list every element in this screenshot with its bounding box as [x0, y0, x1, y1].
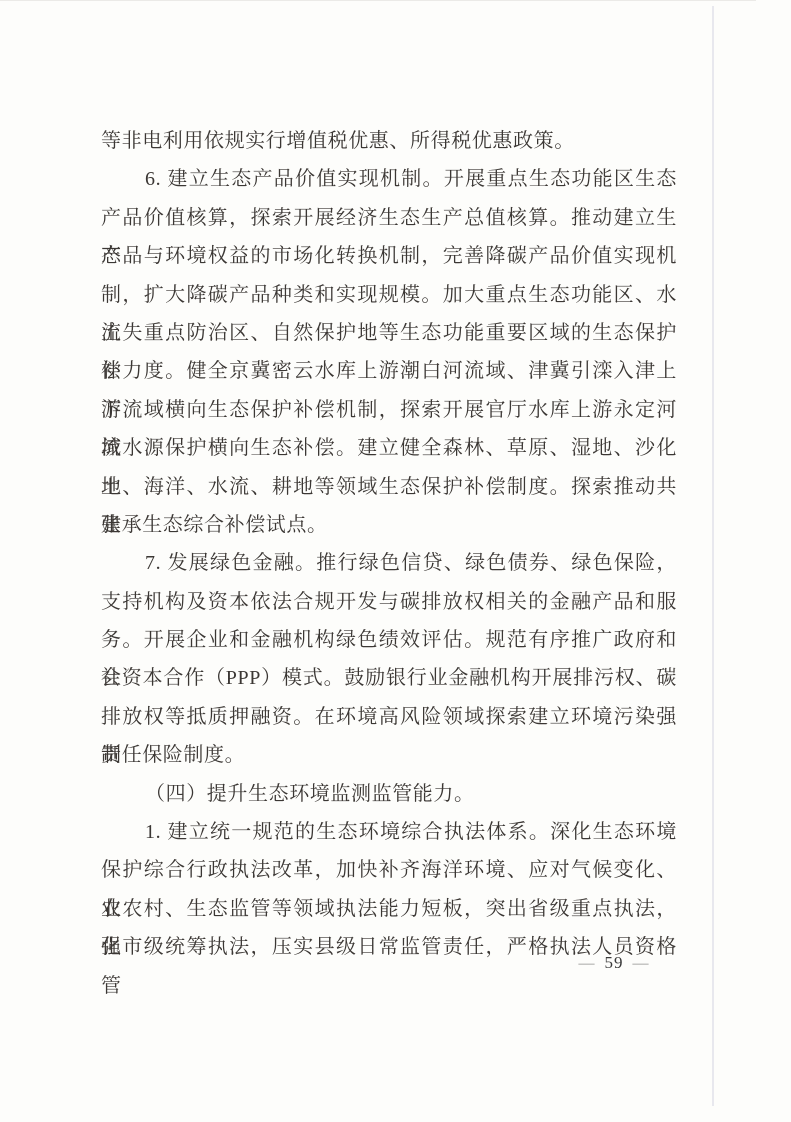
text-line: 排放权等抵质押融资。在环境高风险领域探索建立环境污染强制: [101, 698, 677, 736]
text-line: 制，扩大降碳产品种类和实现规模。加大重点生态功能区、水土: [101, 276, 677, 314]
text-line: 支持机构及资本依法合规开发与碳排放权相关的金融产品和服: [101, 583, 677, 621]
text-line: 等非电利用依规实行增值税优惠、所得税优惠政策。: [101, 122, 677, 160]
page-number-value: 59: [605, 953, 624, 972]
text-line: 7. 发展绿色金融。推行绿色信贷、绿色债券、绿色保险，: [101, 544, 677, 582]
page-number-dash-left: —: [579, 955, 596, 972]
text-line: 业农村、生态监管等领域执法能力短板，突出省级重点执法，强: [101, 890, 677, 928]
text-line: 保护综合行政执法改革，加快补齐海洋环境、应对气候变化、农: [101, 851, 677, 889]
text-line: 域水源保护横向生态补偿。建立健全森林、草原、湿地、沙化土: [101, 429, 677, 467]
text-line: 张承生态综合补偿试点。: [101, 506, 677, 544]
text-line: 偿力度。健全京冀密云水库上游潮白河流域、津冀引滦入津上下: [101, 352, 677, 390]
text-line: 产品与环境权益的市场化转换机制，完善降碳产品价值实现机: [101, 237, 677, 275]
text-line: 流失重点防治区、自然保护地等生态功能重要区域的生态保护补: [101, 314, 677, 352]
page-number: —59—: [558, 951, 670, 975]
document-page: 等非电利用依规实行增值税优惠、所得税优惠政策。6. 建立生态产品价值实现机制。开…: [0, 0, 791, 1122]
text-line: 1. 建立统一规范的生态环境综合执法体系。深化生态环境: [101, 813, 677, 851]
text-line: 游流域横向生态保护补偿机制，探索开展官厅水库上游永定河流: [101, 391, 677, 429]
text-line: 务。开展企业和金融机构绿色绩效评估。规范有序推广政府和社: [101, 621, 677, 659]
text-line: （四）提升生态环境监测监管能力。: [101, 775, 677, 813]
scan-vertical-line-artifact: [712, 6, 714, 1106]
text-line: 产品价值核算，探索开展经济生态生产总值核算。推动建立生态: [101, 199, 677, 237]
text-line: 6. 建立生态产品价值实现机制。开展重点生态功能区生态: [101, 160, 677, 198]
text-line: 责任保险制度。: [101, 736, 677, 774]
document-body: 等非电利用依规实行增值税优惠、所得税优惠政策。6. 建立生态产品价值实现机制。开…: [101, 122, 677, 967]
text-line: 地、海洋、水流、耕地等领域生态保护补偿制度。探索推动共建: [101, 468, 677, 506]
scan-top-edge-artifact: [0, 0, 756, 1]
text-line: 会资本合作（PPP）模式。鼓励银行业金融机构开展排污权、碳: [101, 659, 677, 697]
page-number-dash-right: —: [633, 955, 650, 972]
